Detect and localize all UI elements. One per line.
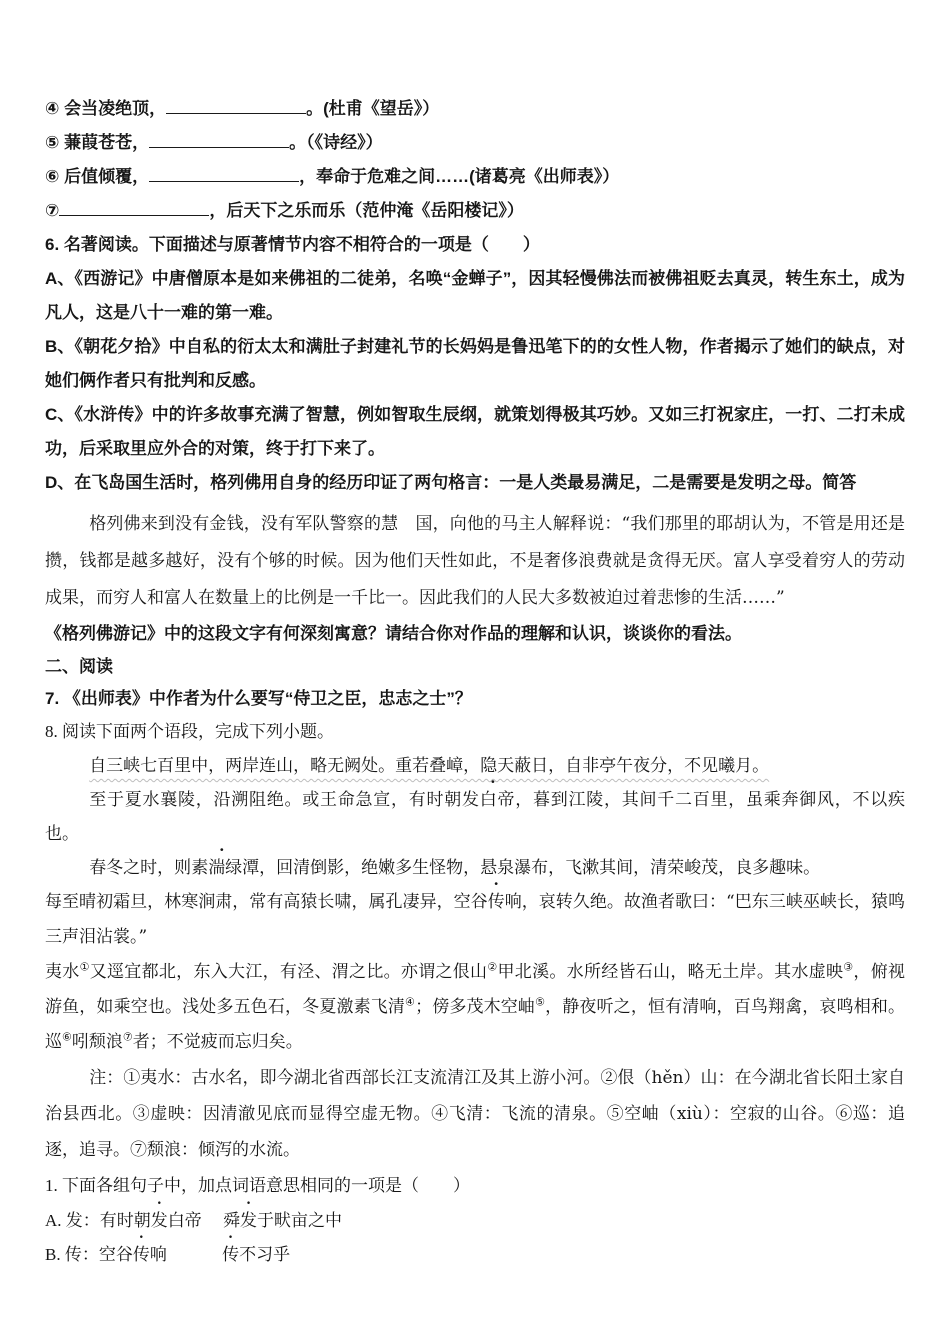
answer-blank bbox=[149, 133, 289, 148]
dotted-word: 发 bbox=[151, 1211, 168, 1230]
question-6-option-d: D、在飞岛国生活时，格列佛用自身的经历印证了两句格言：一是人类最易满足，二是需要… bbox=[45, 466, 905, 500]
section-2-title: 二、阅读 bbox=[45, 651, 905, 683]
sub-question-1-stem: 1. 下面各组句子中，加点词语意思相同的一项是（ ） bbox=[45, 1168, 905, 1203]
sub-question-1-option-b: B. 传：空谷传响 传不习乎 bbox=[45, 1238, 905, 1272]
fill-in-pre: ⑦ bbox=[45, 201, 59, 220]
footnote-marker-2: ② bbox=[487, 960, 497, 973]
answer-blank bbox=[166, 99, 306, 114]
footnote-marker-6: ⑥ bbox=[62, 1030, 72, 1043]
dotted-word: 传 bbox=[133, 1245, 150, 1264]
fill-in-post: ，后天下之乐而乐（范仲淹《岳阳楼记》） bbox=[209, 201, 524, 220]
footnote-marker-1: ① bbox=[80, 960, 90, 973]
passage-text: 每至晴初霜旦，林寒涧肃，常有高猿长啸，属孔凄异，空谷 bbox=[45, 892, 488, 912]
passage-text: 至于夏水襄陵，沿溯阻绝。或王命急宣，有时朝 bbox=[89, 790, 462, 810]
passage-1-continuation: 每至晴初霜旦，林寒涧肃，常有高猿长啸，属孔凄异，空谷传响，哀转久绝。故渔者歌曰：… bbox=[45, 885, 905, 955]
question-6-stem: 6. 名著阅读。下面描述与原著情节内容不相符合的一项是（ ） bbox=[45, 228, 905, 262]
dotted-word: 传 bbox=[488, 892, 505, 912]
passage-text: ；傍多茂木空岫 bbox=[415, 997, 535, 1017]
question-6-followup: 《格列佛游记》中的这段文字有何深刻寓意？请结合你对作品的理解和认识，谈谈你的看法… bbox=[45, 617, 905, 651]
passage-text: 夷水 bbox=[45, 962, 80, 982]
option-text: 于畎亩之中 bbox=[257, 1211, 342, 1230]
answer-blank bbox=[59, 201, 209, 216]
fill-in-item-5: ⑤ 蒹葭苍苍，。（《诗经》） bbox=[45, 126, 905, 160]
fill-in-item-6: ⑥ 后值倾覆，，奉命于危难之间……(诸葛亮《出师表》） bbox=[45, 160, 905, 194]
fill-in-pre: ⑥ 后值倾覆， bbox=[45, 167, 149, 186]
fill-in-pre: ⑤ 蒹葭苍苍， bbox=[45, 133, 149, 152]
question-6-option-c: C、《水浒传》中的许多故事充满了智慧，例如智取生辰纲，就策划得极其巧妙。又如三打… bbox=[45, 398, 905, 466]
option-text: A. 发：有时朝 bbox=[45, 1211, 151, 1230]
passage-1-line-3: 春冬之时，则素湍绿潭，回清倒影，绝嫩多生怪物，悬泉瀑布，飞漱其间，清荣峻茂，良多… bbox=[45, 851, 905, 885]
fill-in-post: 。（《诗经》） bbox=[289, 133, 383, 152]
dotted-word: 发 bbox=[240, 1211, 257, 1230]
dotted-word: 发 bbox=[462, 790, 480, 810]
option-text: B. 传：空谷 bbox=[45, 1245, 133, 1264]
question-6-option-b: B、《朝花夕拾》中自私的衍太太和满肚子封建礼节的长妈妈是鲁迅笔下的的女性人物，作… bbox=[45, 330, 905, 398]
question-7: 7. 《出师表》中作者为什么要写“侍卫之臣，忠志之士”？ bbox=[45, 683, 905, 715]
footnote-marker-5: ⑤ bbox=[535, 995, 545, 1008]
footnote-marker-4: ④ bbox=[405, 995, 415, 1008]
option-text: 白帝 舜 bbox=[168, 1211, 240, 1230]
footnote-marker-7: ⑦ bbox=[123, 1030, 133, 1043]
fill-in-item-7: ⑦，后天下之乐而乐（范仲淹《岳阳楼记》） bbox=[45, 194, 905, 228]
passage-text: 甲北溪。水所经皆石山，略无土岸。其水虚映 bbox=[498, 962, 844, 982]
passage-text: 湍绿潭，回清倒影，绝嫩多生怪物，悬泉瀑布，飞漱其间，清荣峻茂，良多趣味。 bbox=[208, 858, 820, 878]
fill-in-pre: ④ 会当凌绝顶， bbox=[45, 99, 166, 118]
sub-question-1-option-a: A. 发：有时朝发白帝 舜发于畎亩之中 bbox=[45, 1203, 905, 1238]
footnote-marker-3: ③ bbox=[843, 960, 853, 973]
passage-text: 吲颓浪 bbox=[72, 1032, 123, 1052]
fill-in-post: ，奉命于危难之间……(诸葛亮《出师表》） bbox=[299, 167, 619, 186]
dotted-word: 传 bbox=[222, 1245, 239, 1264]
option-text: 响 bbox=[150, 1245, 222, 1264]
passage-footnotes: 注：①夷水：古水名，即今湖北省西部长江支流清江及其上游小河。②佷（hěn）山：在… bbox=[45, 1060, 905, 1168]
passage-text: 春冬之时，则 bbox=[89, 858, 191, 878]
wavy-underlined-sentence: 自三峡七百里中，两岸连山，略无阙处。重若叠嶂，隐天蔽日，自非亭午夜分，不见曦月。 bbox=[89, 756, 769, 776]
passage-2: 夷水①又逕宜都北，东入大江，有泾、渭之比。亦谓之佷山②甲北溪。水所经皆石山，略无… bbox=[45, 955, 905, 1060]
gulliver-quote-paragraph: 格列佛来到没有金钱，没有军队警察的慧 国，向他的马主人解释说：“我们那里的耶胡认… bbox=[45, 506, 905, 617]
fill-in-post: 。(杜甫《望岳》） bbox=[306, 99, 439, 118]
option-text: 不习乎 bbox=[239, 1245, 290, 1264]
answer-blank bbox=[149, 167, 299, 182]
passage-text: 又逕宜都北，东入大江，有泾、渭之比。亦谓之佷山 bbox=[90, 962, 488, 982]
passage-1-line-2: 至于夏水襄陵，沿溯阻绝。或王命急宣，有时朝发白帝，暮到江陵，其间千二百里，虽乘奔… bbox=[45, 783, 905, 851]
passage-text: 者；不觉疲而忘归矣。 bbox=[133, 1032, 303, 1052]
exam-document-page: ④ 会当凌绝顶，。(杜甫《望岳》） ⑤ 蒹葭苍苍，。（《诗经》） ⑥ 后值倾覆，… bbox=[0, 0, 950, 1344]
question-6-option-a: A、《西游记》中唐僧原本是如来佛祖的二徒弟，名唤“金蝉子”，因其轻慢佛法而被佛祖… bbox=[45, 262, 905, 330]
question-8-stem: 8. 阅读下面两个语段，完成下列小题。 bbox=[45, 715, 905, 749]
fill-in-item-4: ④ 会当凌绝顶，。(杜甫《望岳》） bbox=[45, 92, 905, 126]
dotted-word: 素 bbox=[191, 858, 208, 878]
